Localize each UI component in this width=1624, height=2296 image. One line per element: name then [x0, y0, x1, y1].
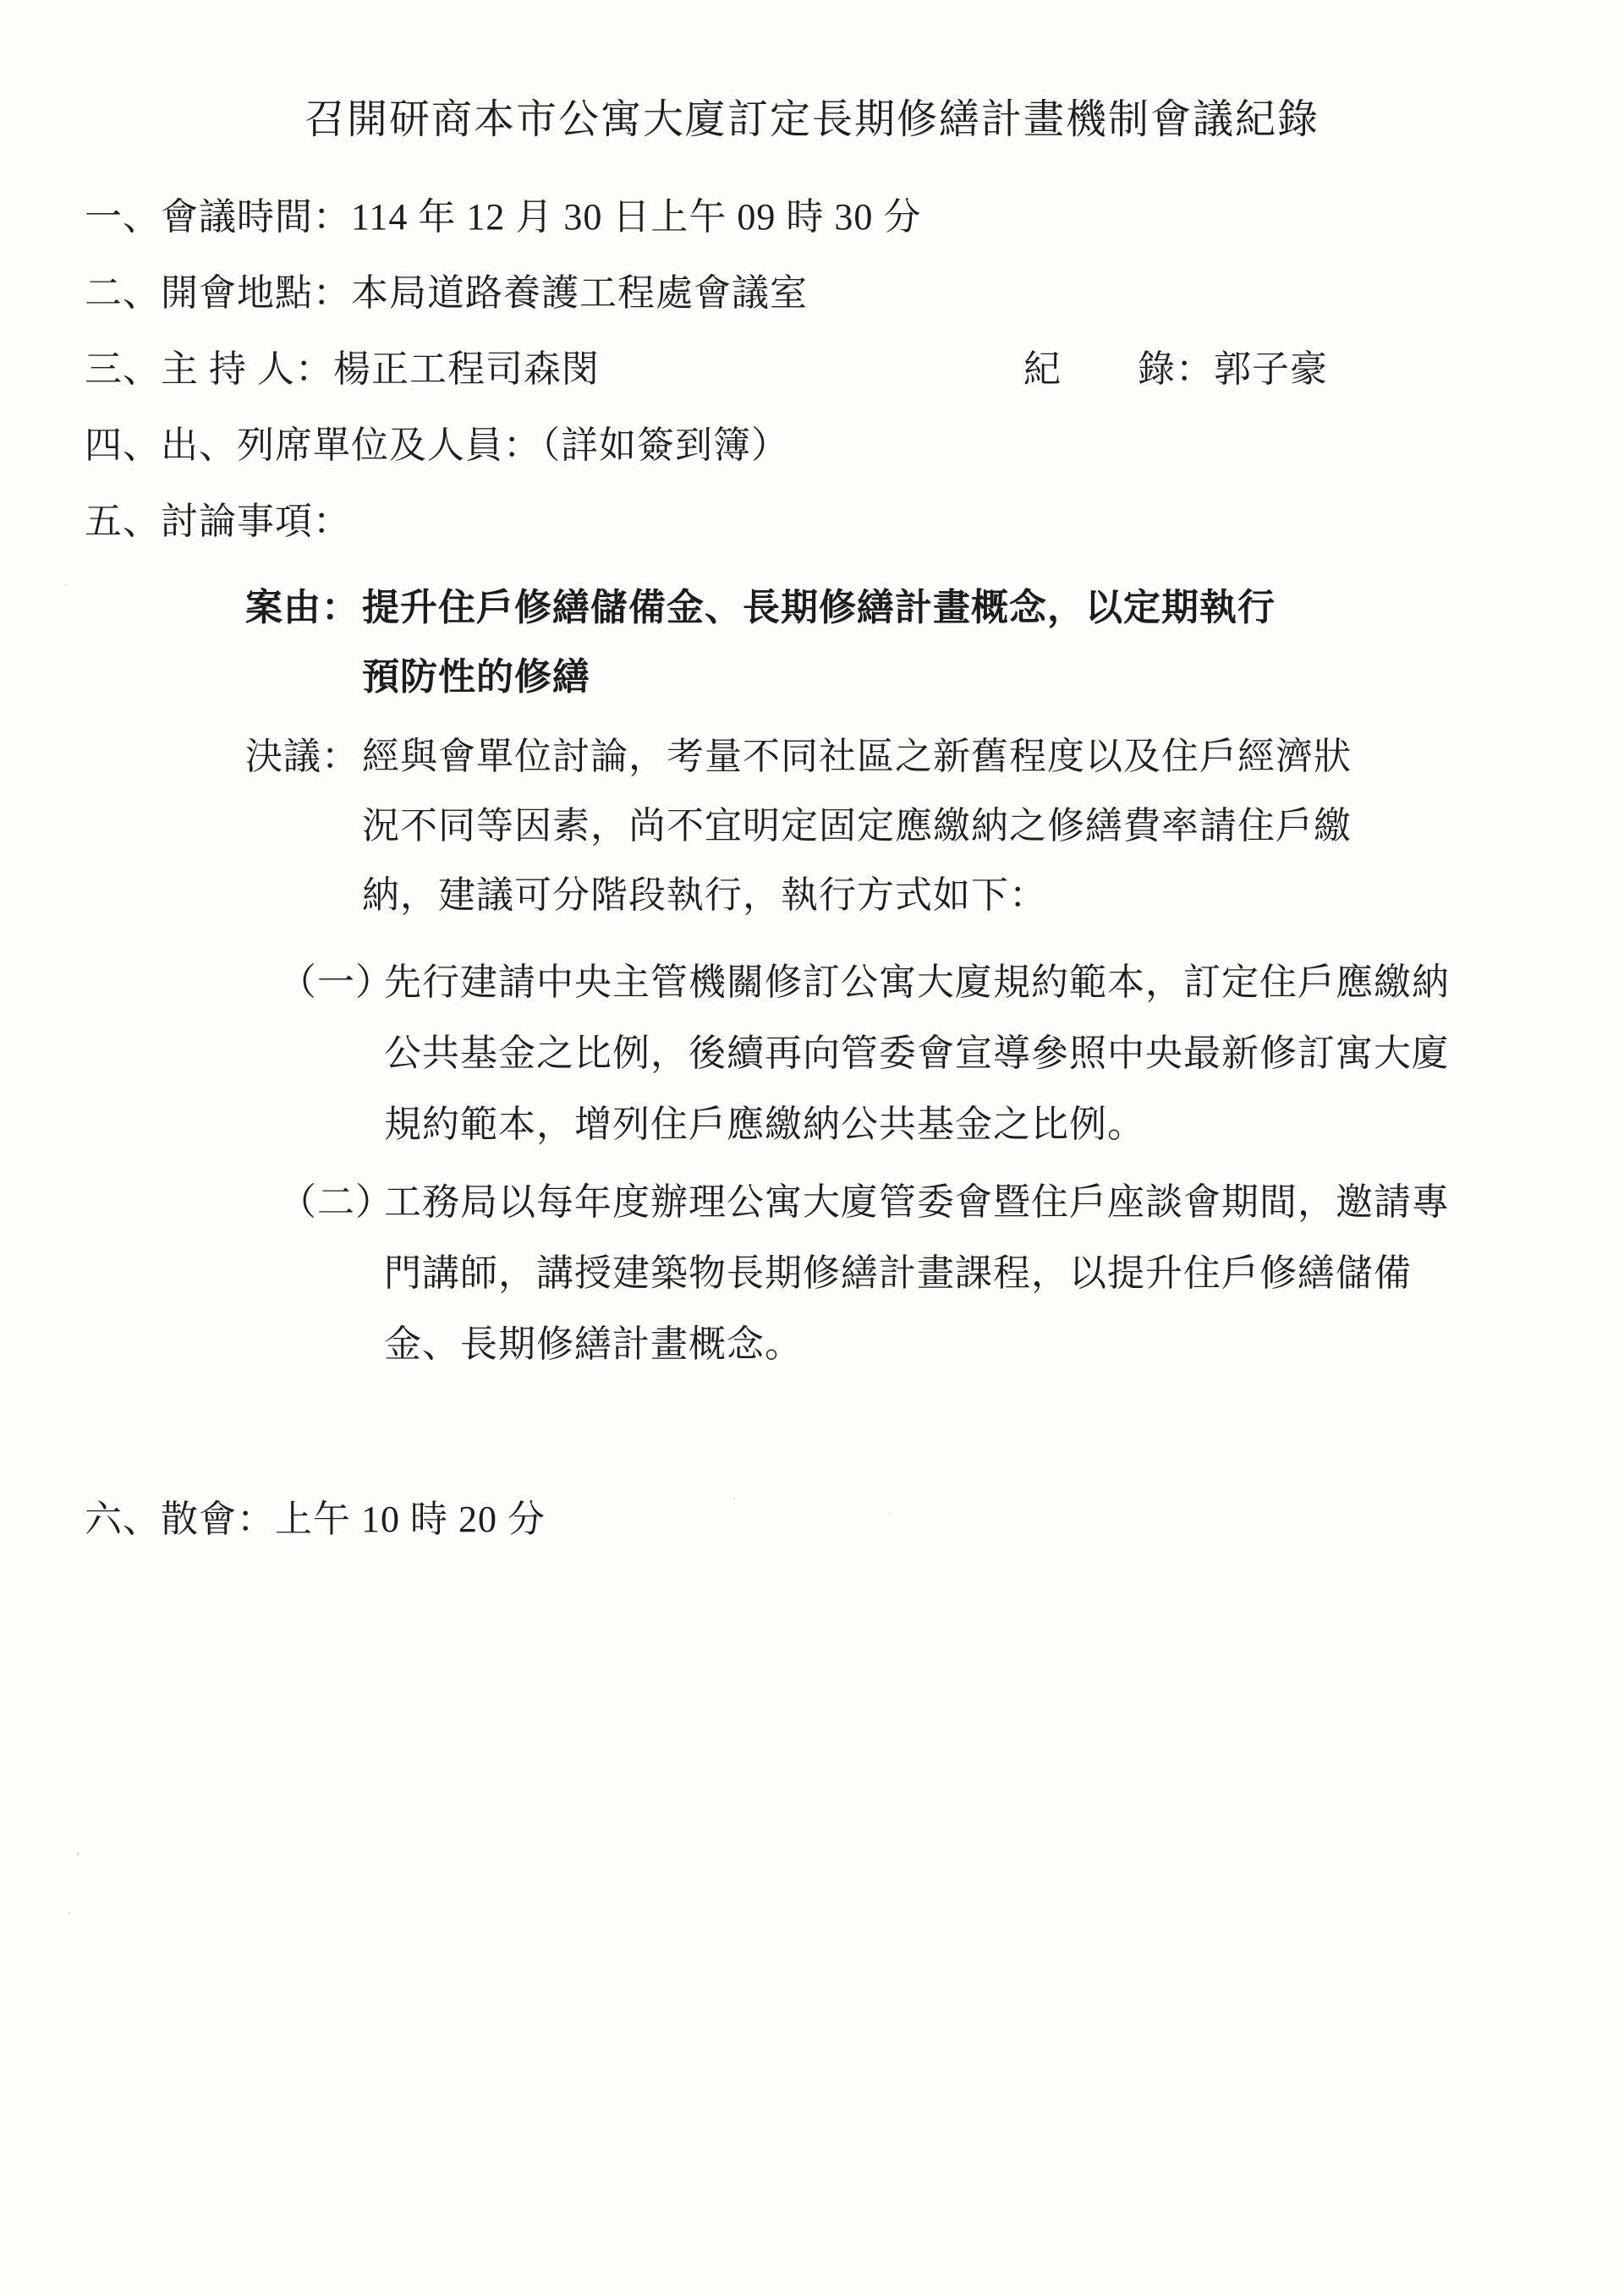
resolution-label: 決議：	[245, 722, 359, 792]
attendees-line: 四、出、列席單位及人員：（詳如簽到簿）	[85, 408, 1539, 484]
adjournment-line: 六、散會：上午 10 時 20 分	[85, 1482, 1539, 1558]
sub-item-2-marker: （二）	[279, 1167, 393, 1238]
case-subject-text: 提升住戶修繕儲備金、長期修繕計畫概念，以定期執行預防性的修繕	[362, 573, 1539, 712]
sub-item-1-marker: （一）	[279, 947, 393, 1018]
resolution-text: 經與會單位討論，考量不同社區之新舊程度以及住戶經濟狀況不同等因素，尚不宜明定固定…	[362, 722, 1539, 930]
chairperson-text: 三、主 持 人：楊正工程司森閔	[85, 348, 600, 390]
sub-item-1-block: （一） 先行建請中央主管機關修訂公寓大廈規約範本，訂定住戶應繳納公共基金之比例，…	[279, 947, 1539, 1160]
sub-item-1-text: 先行建請中央主管機關修訂公寓大廈規約範本，訂定住戶應繳納公共基金之比例，後續再向…	[384, 947, 1539, 1160]
discussion-heading-line: 五、討論事項：	[85, 484, 1539, 560]
case-subject-block: 案由： 提升住戶修繕儲備金、長期修繕計畫概念，以定期執行預防性的修繕	[245, 573, 1539, 712]
meeting-location-line: 二、開會地點：本局道路養護工程處會議室	[85, 255, 1539, 332]
resolution-block: 決議： 經與會單位討論，考量不同社區之新舊程度以及住戶經濟狀況不同等因素，尚不宜…	[245, 722, 1539, 930]
scanned-document-page: 召開研商本市公寓大廈訂定長期修繕計畫機制會議紀錄 一、會議時間：114 年 12…	[0, 0, 1624, 2296]
sub-item-2-text: 工務局以每年度辦理公寓大廈管委會暨住戶座談會期間，邀請專門講師，講授建築物長期修…	[384, 1167, 1539, 1380]
case-subject-label: 案由：	[245, 573, 359, 643]
chair-recorder-line: 三、主 持 人：楊正工程司森閔 紀 錄：郭子豪	[85, 332, 1539, 408]
sub-item-2-block: （二） 工務局以每年度辦理公寓大廈管委會暨住戶座談會期間，邀請專門講師，講授建築…	[279, 1167, 1539, 1380]
recorder-text: 紀 錄：郭子豪	[1023, 332, 1328, 408]
document-title: 召開研商本市公寓大廈訂定長期修繕計畫機制會議紀錄	[85, 95, 1539, 145]
meeting-time-line: 一、會議時間：114 年 12 月 30 日上午 09 時 30 分	[85, 179, 1539, 255]
